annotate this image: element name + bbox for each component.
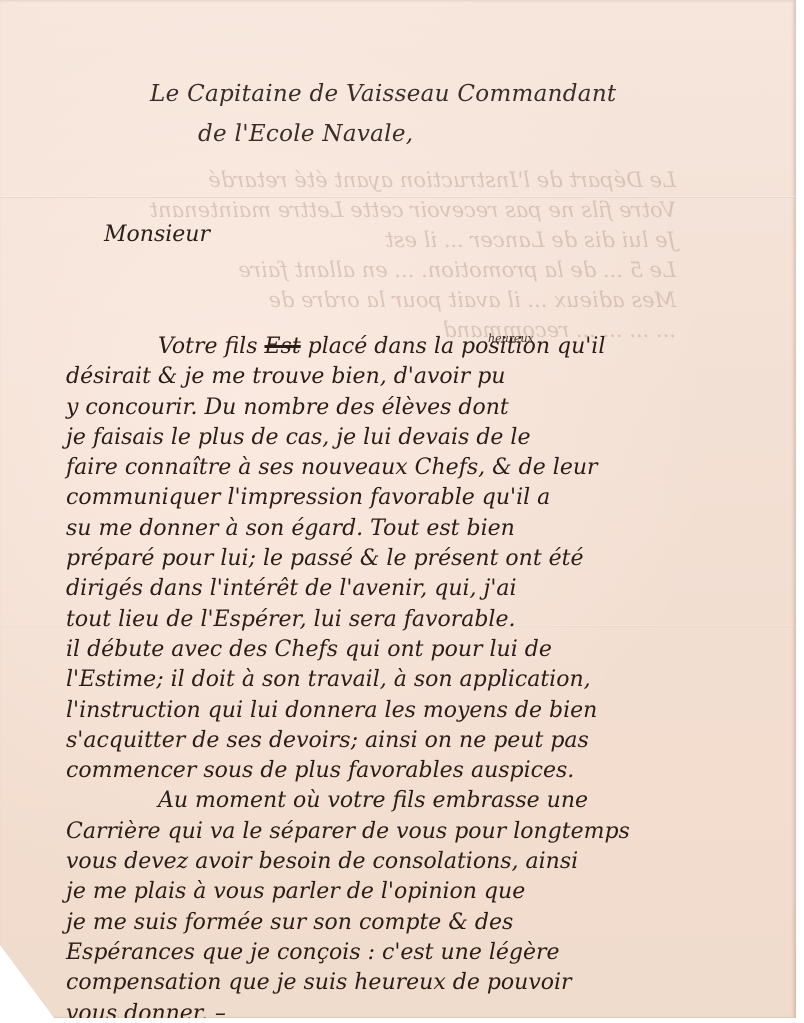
body-line: vous donner. – — [66, 999, 796, 1023]
struck-word: Est — [264, 334, 300, 359]
body-line: l'Estime; il doit à son travail, à son a… — [66, 665, 796, 695]
body-line: Carrière qui va le séparer de vous pour … — [66, 817, 796, 847]
salutation: Monsieur — [104, 222, 210, 247]
letter-body: Votre fils Est placé dans la position qu… — [66, 332, 796, 1023]
body-line: je faisais le plus de cas, je lui devais… — [66, 423, 796, 453]
body-line: je me suis formée sur son compte & des — [66, 908, 796, 938]
body-line: y concourir. Du nombre des élèves dont — [66, 393, 796, 423]
body-line: Au moment où votre fils embrasse une — [66, 786, 796, 816]
body-line: désirait & je me trouve bien, d'avoir pu — [66, 362, 796, 392]
body-line: préparé pour lui; le passé & le présent … — [66, 544, 796, 574]
body-line: faire connaître à ses nouveaux Chefs, & … — [66, 453, 796, 483]
body-line: commencer sous de plus favorables auspic… — [66, 756, 796, 786]
body-line: s'acquitter de ses devoirs; ainsi on ne … — [66, 726, 796, 756]
letter-paper: Le Départ de l'Instruction ayant été ret… — [0, 0, 796, 1018]
body-line: je me plais à vous parler de l'opinion q… — [66, 877, 796, 907]
body-line: tout lieu de l'Espérer, lui sera favorab… — [66, 605, 796, 635]
body-line: l'instruction qui lui donnera les moyens… — [66, 696, 796, 726]
body-line: dirigés dans l'intérêt de l'avenir, qui,… — [66, 574, 796, 604]
body-line: Espérances que je conçois : c'est une lé… — [66, 938, 796, 968]
body-line: su me donner à son égard. Tout est bien — [66, 514, 796, 544]
body-line: vous devez avoir besoin de consolations,… — [66, 847, 796, 877]
letterhead: Le Capitaine de Vaisseau Commandant de l… — [150, 74, 616, 154]
body-line: il débute avec des Chefs qui ont pour lu… — [66, 635, 796, 665]
body-line: communiquer l'impression favorable qu'il… — [66, 483, 796, 513]
letterhead-line-2: de l'Ecole Navale, — [150, 114, 616, 154]
body-line: compensation que je suis heureux de pouv… — [66, 968, 796, 998]
letterhead-line-1: Le Capitaine de Vaisseau Commandant — [150, 74, 616, 114]
body-line: Votre fils Est placé dans la position qu… — [66, 332, 796, 362]
